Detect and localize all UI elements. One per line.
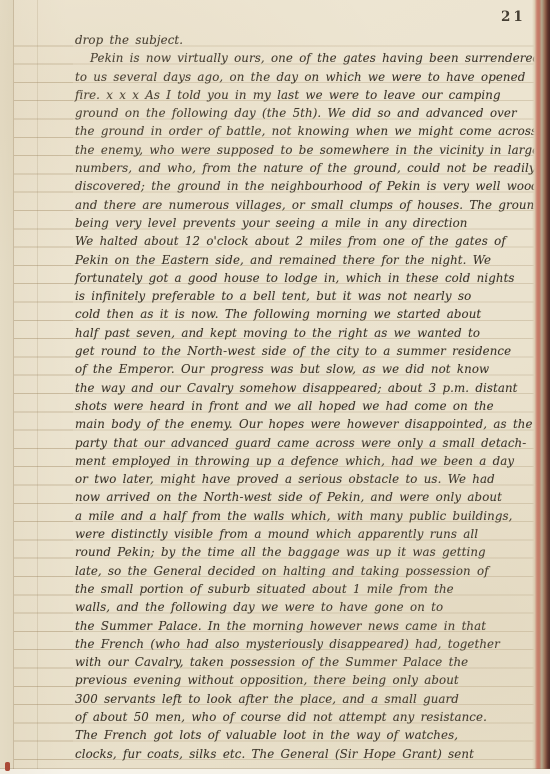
photo-bottom-edge	[0, 769, 550, 774]
manuscript-line: previous evening without opposition, the…	[75, 671, 523, 689]
manuscript-line: the ground in order of battle, not knowi…	[75, 122, 523, 140]
manuscript-line: round Pekin; by the time all the baggage…	[75, 543, 523, 561]
manuscript-line: the enemy, who were supposed to be somew…	[75, 141, 523, 159]
fore-edge-red-speck	[5, 762, 10, 771]
manuscript-line: being very level prevents your seeing a …	[75, 214, 523, 232]
manuscript-line: main body of the enemy. Our hopes were h…	[75, 415, 523, 433]
manuscript-line: Pekin on the Eastern side, and remained …	[75, 251, 523, 269]
manuscript-line: now arrived on the North-west side of Pe…	[75, 488, 523, 506]
manuscript-line: or two later, might have proved a seriou…	[75, 470, 523, 488]
manuscript-line: with our Cavalry, taken possession of th…	[75, 653, 523, 671]
manuscript-line: Pekin is now virtually ours, one of the …	[75, 49, 523, 67]
manuscript-line: fire. x x x As I told you in my last we …	[75, 86, 523, 104]
manuscript-line: clocks, fur coats, silks etc. The Genera…	[75, 745, 523, 763]
manuscript-line: of about 50 men, who of course did not a…	[75, 708, 523, 726]
manuscript-line: late, so the General decided on halting …	[75, 562, 523, 580]
page-left-edge-line	[37, 0, 38, 769]
manuscript-line: to us several days ago, on the day on wh…	[75, 68, 523, 86]
manuscript-line: were distinctly visible from a mound whi…	[75, 525, 523, 543]
manuscript-line: We halted about 12 o'clock about 2 miles…	[75, 232, 523, 250]
manuscript-line: numbers, and who, from the nature of the…	[75, 159, 523, 177]
manuscript-line: ment employed in throwing up a defence w…	[75, 452, 523, 470]
manuscript-line: get round to the North-west side of the …	[75, 342, 523, 360]
manuscript-line: of the Emperor. Our progress was but slo…	[75, 360, 523, 378]
manuscript-line: The French got lots of valuable loot in …	[75, 726, 523, 744]
manuscript-line: cold then as it is now. The following mo…	[75, 305, 523, 323]
manuscript-line: a mile and a half from the walls which, …	[75, 507, 523, 525]
manuscript-line: drop the subject.	[75, 31, 523, 49]
book-fore-edge	[532, 0, 550, 774]
manuscript-line: fortunately got a good house to lodge in…	[75, 269, 523, 287]
manuscript-line: walls, and the following day we were to …	[75, 598, 523, 616]
manuscript-line: the Summer Palace. In the morning howeve…	[75, 617, 523, 635]
manuscript-line: the French (who had also mysteriously di…	[75, 635, 523, 653]
page-left-edge	[0, 0, 14, 769]
manuscript-line: and there are numerous villages, or smal…	[75, 196, 523, 214]
manuscript-text: drop the subject.Pekin is now virtually …	[75, 31, 523, 763]
manuscript-line: half past seven, and kept moving to the …	[75, 324, 523, 342]
manuscript-line: is infinitely preferable to a bell tent,…	[75, 287, 523, 305]
manuscript-line: ground on the following day (the 5th). W…	[75, 104, 523, 122]
manuscript-photo: 21 drop the subject.Pekin is now virtual…	[0, 0, 550, 774]
page-number: 21	[501, 9, 526, 25]
manuscript-line: the way and our Cavalry somehow disappea…	[75, 379, 523, 397]
manuscript-line: party that our advanced guard came acros…	[75, 434, 523, 452]
manuscript-line: 300 servants left to look after the plac…	[75, 690, 523, 708]
manuscript-line: the small portion of suburb situated abo…	[75, 580, 523, 598]
manuscript-line: discovered; the ground in the neighbourh…	[75, 177, 523, 195]
manuscript-line: shots were heard in front and we all hop…	[75, 397, 523, 415]
